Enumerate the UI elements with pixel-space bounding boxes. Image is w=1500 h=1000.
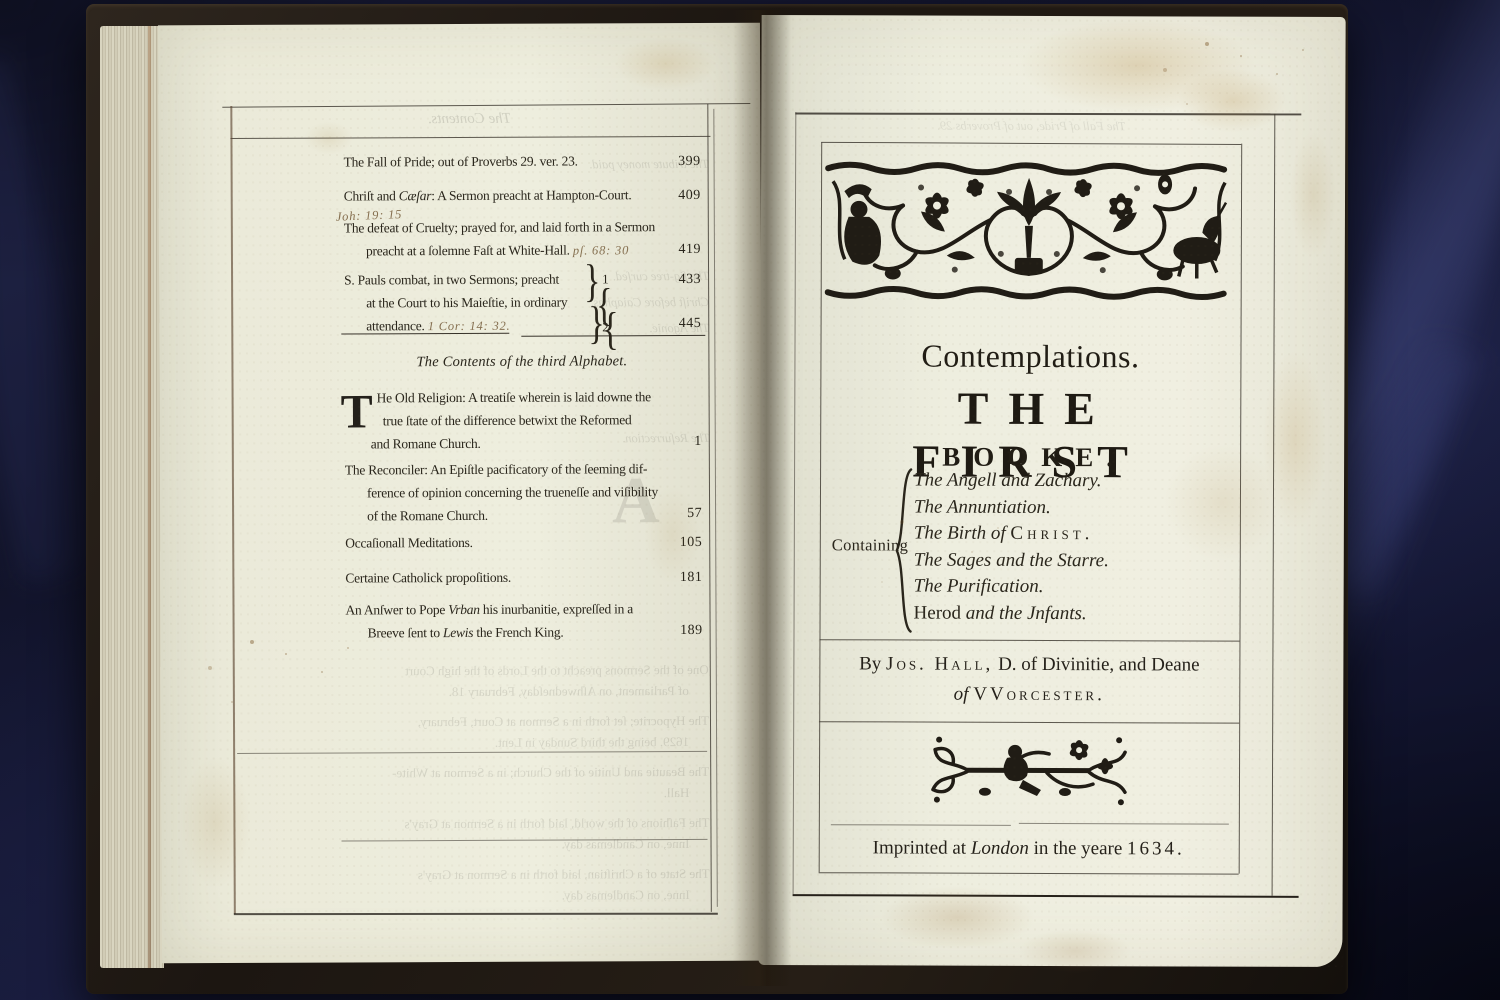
tailpiece-woodcut (927, 732, 1131, 809)
drop-cap: T (341, 388, 373, 436)
left-page-contents: The Contents. The Fall of Pride; out of … (158, 23, 764, 964)
handwritten-annotation: 1 Cor: 14: 32. (428, 319, 511, 333)
entry-text: The Fall of Pride; out of Proverbs 29. v… (344, 149, 699, 174)
page-edges-stack (100, 26, 164, 968)
containing-item: The Purification. (914, 574, 1234, 602)
entry-text: He Old Religion: A treatiſe wherein is l… (345, 385, 700, 410)
entry-page-number: 105 (680, 531, 703, 554)
frame-rule (230, 136, 710, 139)
entry-text: and Romane Church. (345, 431, 700, 456)
containing-item: The Sages and the Starre. (914, 547, 1234, 575)
entry-page-number: 433 (679, 268, 702, 291)
divider-rule (1019, 823, 1229, 825)
byline-line1: By Jos. Hall, D. of Divinitie, and Deane (819, 653, 1239, 676)
entry-page-number: 399 (678, 150, 701, 173)
frame-rule (713, 109, 717, 907)
entry-text: Certaine Catholick propoſitions. (345, 565, 700, 590)
entry-text: attendance. 1 Cor: 14: 32. (344, 313, 699, 339)
contents-entry: S. Pauls combat, in two Sermons; preacht… (344, 267, 699, 338)
containing-list: The Angell and Zachary. The Annuntiation… (914, 468, 1235, 628)
frame-rule (230, 106, 236, 914)
frame-rule (707, 104, 712, 912)
entry-page-number: 419 (678, 238, 701, 261)
frame-rule (793, 894, 1299, 898)
handwritten-annotation: pſ. 68: 30 (573, 243, 629, 257)
imprint-line: Imprinted at London in the yeare 1634. (819, 837, 1239, 860)
entry-text: Occaſionall Meditations. (345, 530, 700, 555)
entry-text: preacht at a ſolemne Faſt at White-Hall.… (344, 238, 699, 264)
title-frame-rule (819, 872, 1239, 874)
contents-entry: Chriſt and Cæſar: A Sermon preacht at Ha… (344, 183, 699, 208)
byline-line2: of VVorcester. (819, 683, 1239, 706)
entry-page-number: 189 (680, 619, 703, 642)
foxing-specks (1205, 42, 1209, 46)
ghost-showthrough-paragraphs: One of the Sermons preacht to the Lords … (237, 659, 710, 907)
entry-text: S. Pauls combat, in two Sermons; preacht (344, 267, 699, 292)
entry-brace: { (602, 307, 618, 353)
entry-text: at the Court to his Maieſtie, in ordinar… (344, 290, 699, 315)
divider-rule (819, 639, 1239, 641)
containing-item: Herod and the Jnfants. (914, 600, 1234, 628)
contents-entry: The defeat of Cruelty; prayed for, and l… (344, 215, 699, 264)
title-frame-rule (1239, 144, 1243, 874)
containing-item: The Birth of Christ. (914, 521, 1234, 549)
ghost-showthrough-header: The Contents. (230, 110, 708, 129)
ghost-showthrough-line: The Fall of Pride, out of Proverbs 29. (821, 118, 1241, 134)
contents-entry: Certaine Catholick propoſitions. 181 (345, 565, 700, 590)
contents-entry: An Anſwer to Pope Vrban his inurbanitie,… (345, 597, 700, 645)
entry-page-number: 409 (678, 184, 701, 207)
headpiece-woodcut (825, 161, 1233, 300)
photograph-of-open-book: The Contents. The Fall of Pride; out of … (0, 0, 1500, 1000)
contents-entry: The Reconciler: An Epiſtle pacificatory … (345, 457, 700, 528)
frame-rule (793, 112, 797, 894)
frame-rule (795, 113, 1301, 116)
contents-entry: Occaſionall Meditations. 105 (345, 530, 700, 555)
entry-page-number: 445 (679, 312, 702, 335)
divider-rule (831, 824, 1011, 826)
foxing-specks (250, 640, 254, 644)
entry-text: true ſtate of the difference betwixt the… (345, 408, 700, 433)
entry-page-number: 57 (687, 502, 702, 525)
entry-text: The Reconciler: An Epiſtle pacificatory … (345, 457, 700, 482)
contents-entry: T He Old Religion: A treatiſe wherein is… (345, 385, 700, 456)
entry-text: ference of opinion concerning the truene… (345, 480, 700, 505)
entry-text: Breeve ſent to Lewis the French King. (346, 620, 701, 645)
entry-page-number: 1 (694, 430, 702, 453)
frame-rule (1272, 114, 1276, 896)
title-frame-rule (821, 142, 1241, 145)
page-edge-crease (148, 26, 151, 968)
entry-page-number: 181 (680, 566, 703, 589)
title-frame-rule (819, 142, 823, 872)
frame-rule (222, 103, 750, 108)
entry-text: An Anſwer to Pope Vrban his inurbanitie,… (345, 597, 700, 622)
frame-rule (342, 839, 708, 842)
book-title: Contemplations. (820, 337, 1240, 375)
section-heading: The Contents of the third Alphabet. (344, 353, 699, 372)
frame-rule (234, 913, 718, 915)
frame-rule (237, 751, 707, 754)
entry-text: The defeat of Cruelty; prayed for, and l… (344, 215, 699, 240)
right-page-title: The Fall of Pride, out of Proverbs 29. (758, 15, 1345, 967)
entry-text: of the Romane Church. (345, 503, 700, 528)
foxing-specks (900, 520, 904, 524)
contents-entry: The Fall of Pride; out of Proverbs 29. v… (344, 149, 699, 174)
divider-rule (819, 721, 1239, 723)
containing-item: The Angell and Zachary. (914, 468, 1234, 496)
containing-item: The Annuntiation. (914, 494, 1234, 522)
